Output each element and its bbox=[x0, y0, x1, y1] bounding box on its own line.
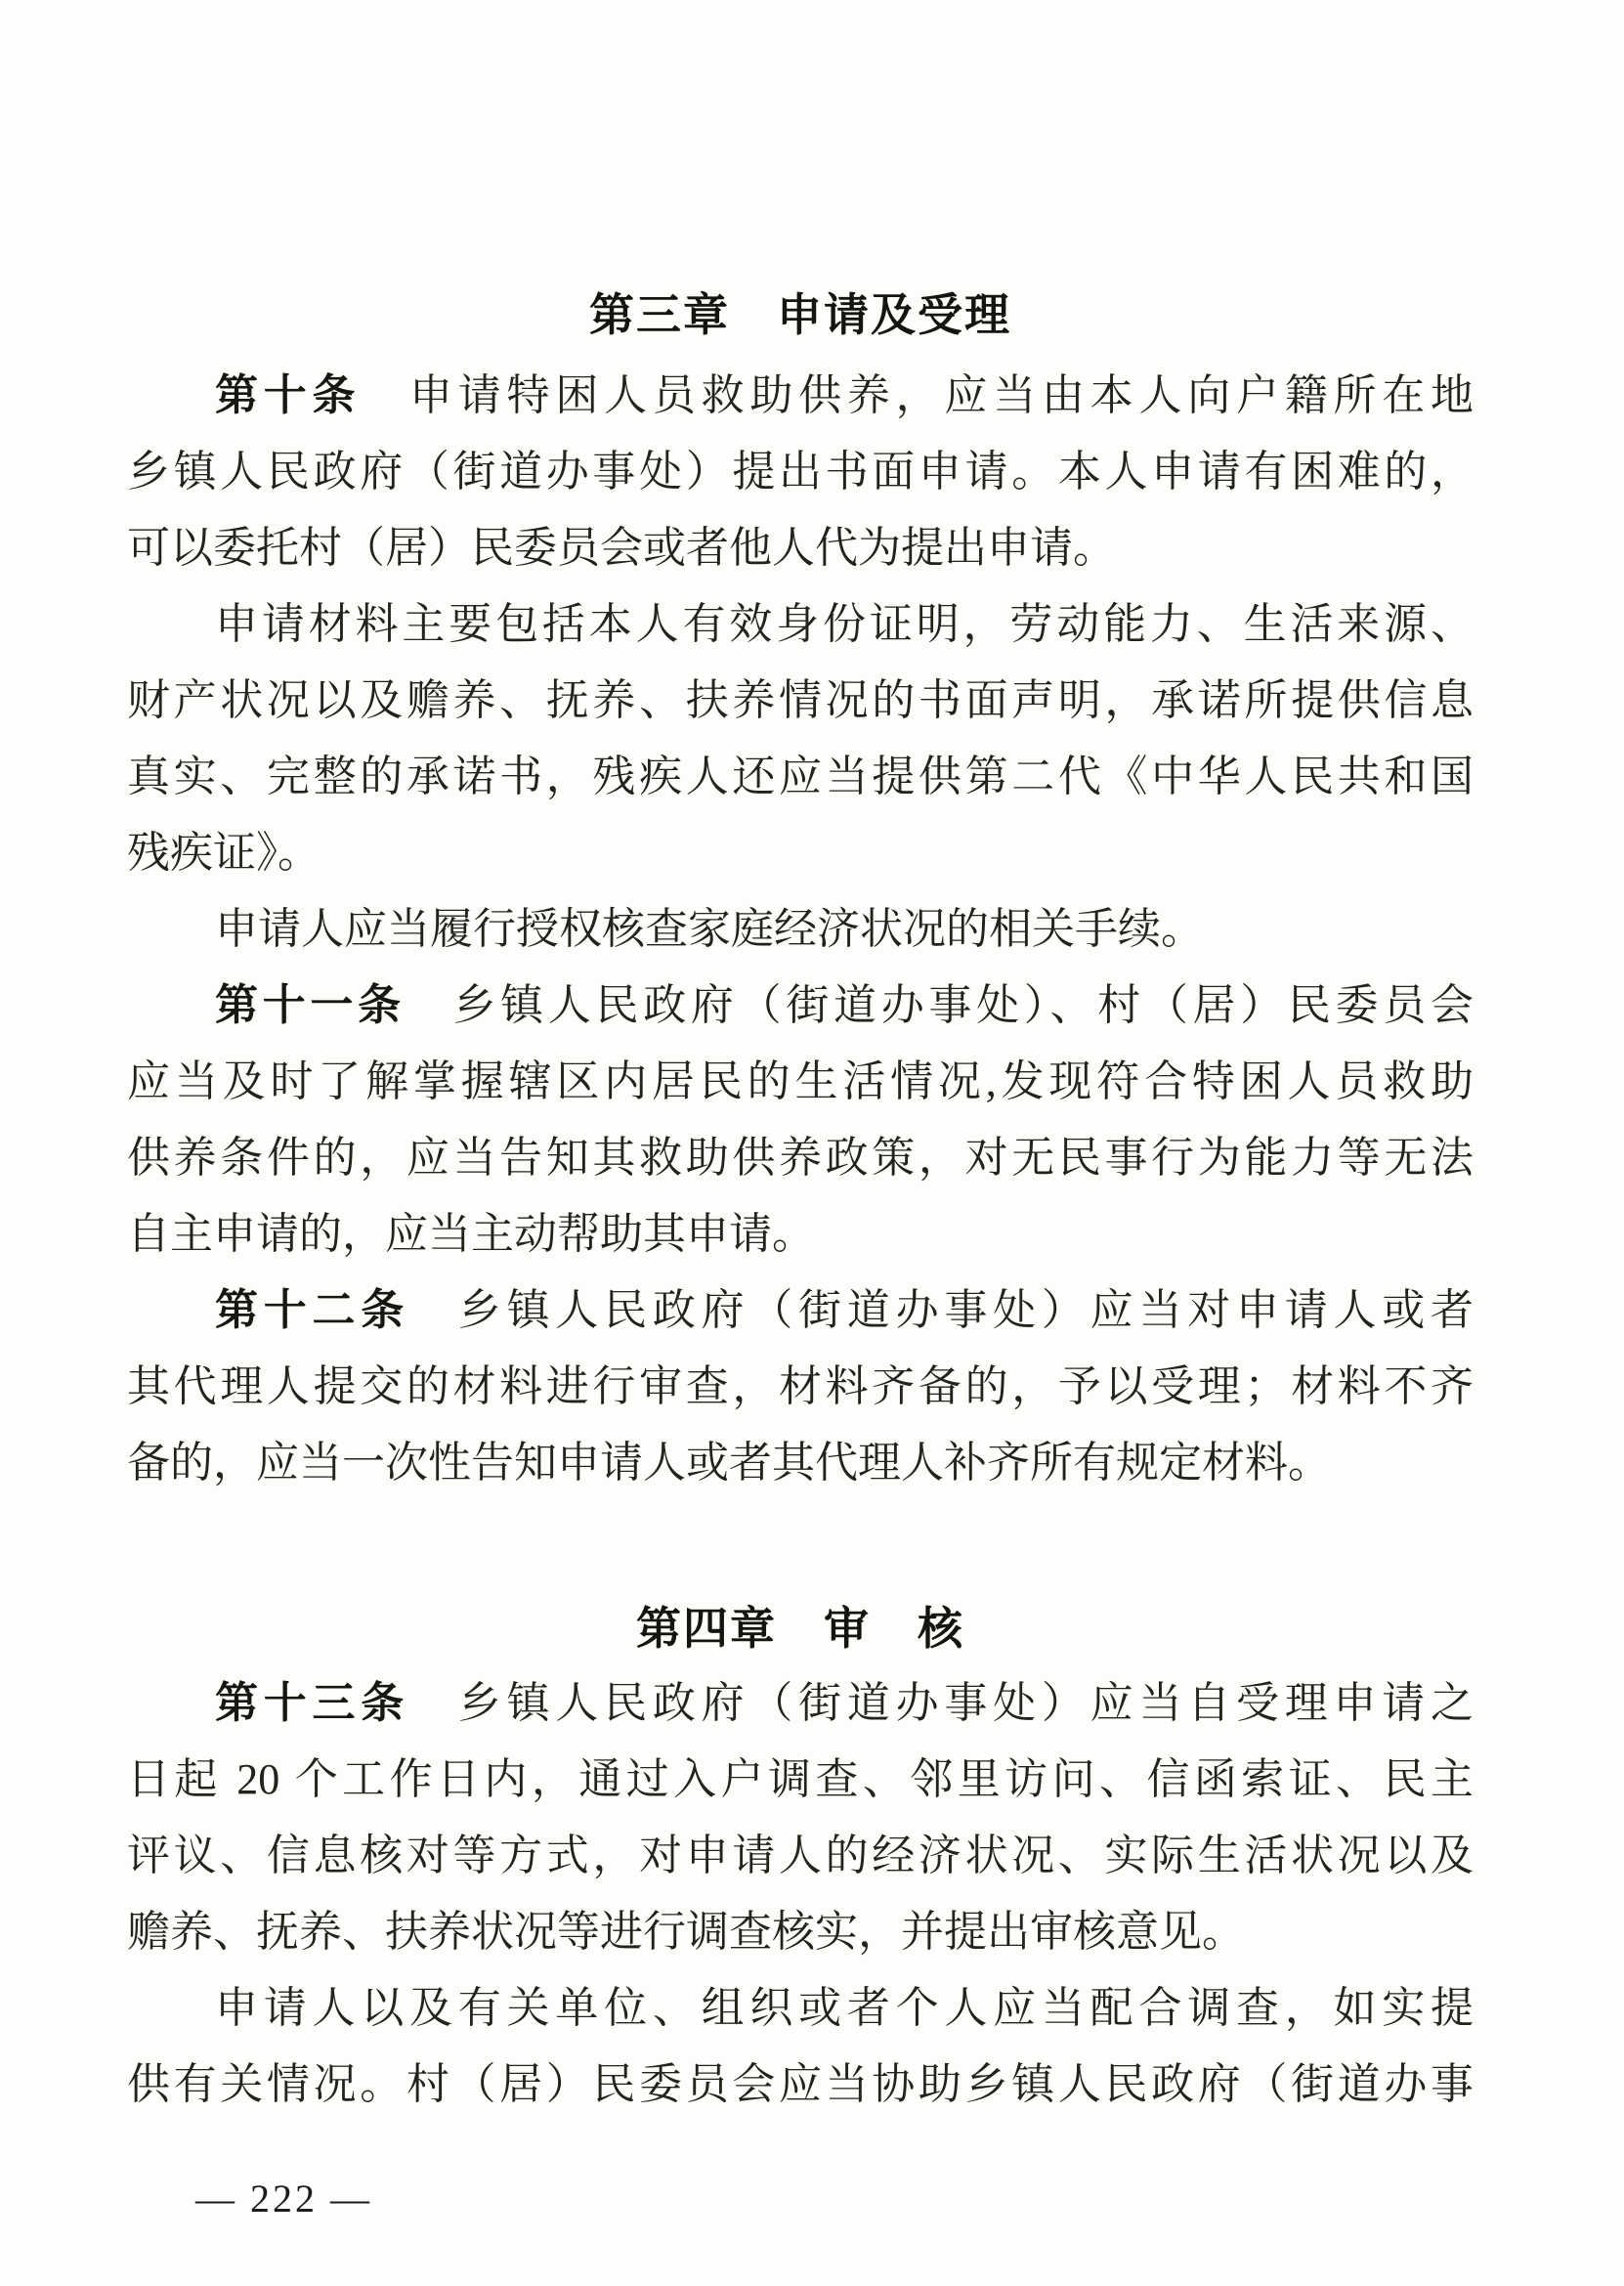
line-text: 其代理人提交的材料进行审查，材料齐备的，予以受理；材料不齐 bbox=[127, 1362, 1474, 1410]
line-text: 日起 20 个工作日内，通过入户调查、邻里访问、信函索证、民主 bbox=[127, 1755, 1474, 1803]
text-line: 赡养、抚养、扶养状况等进行调查核实，并提出审核意见。 bbox=[127, 1894, 1474, 1970]
line-text: 供养条件的，应当告知其救助供养政策，对无民事行为能力等无法 bbox=[127, 1134, 1474, 1182]
text-line: 评议、信息核对等方式，对申请人的经济状况、实际生活状况以及 bbox=[127, 1818, 1474, 1894]
line-text: 真实、完整的承诺书，残疾人还应当提供第二代《中华人民共和国 bbox=[127, 753, 1474, 800]
text-line: 申请材料主要包括本人有效身份证明，劳动能力、生活来源、 bbox=[127, 586, 1474, 663]
text-line: 第十三条 乡镇人民政府（街道办事处）应当自受理申请之 bbox=[127, 1665, 1474, 1742]
line-text: 残疾证》。 bbox=[127, 829, 321, 877]
text-line: 申请人应当履行授权核查家庭经济状况的相关手续。 bbox=[127, 891, 1474, 968]
chapter-heading-4: 第四章 审 核 bbox=[127, 1599, 1474, 1658]
line-text: 备的，应当一次性告知申请人或者其代理人补齐所有规定材料。 bbox=[127, 1439, 1331, 1487]
text-line: 乡镇人民政府（街道办事处）提出书面申请。本人申请有困难的， bbox=[127, 434, 1474, 510]
text-line: 日起 20 个工作日内，通过入户调查、邻里访问、信函索证、民主 bbox=[127, 1742, 1474, 1818]
text-line: 供养条件的，应当告知其救助供养政策，对无民事行为能力等无法 bbox=[127, 1120, 1474, 1196]
text-line: 备的，应当一次性告知申请人或者其代理人补齐所有规定材料。 bbox=[127, 1425, 1474, 1501]
article-number: 第十一条 bbox=[215, 981, 406, 1029]
page-number: — 222 — bbox=[195, 2176, 372, 2222]
line-text: 申请人以及有关单位、组织或者个人应当配合调查，如实提 bbox=[215, 1984, 1474, 2032]
line-text: 可以委托村（居）民委员会或者他人代为提出申请。 bbox=[127, 524, 1116, 572]
line-text: 乡镇人民政府（街道办事处）应当对申请人或者 bbox=[409, 1286, 1474, 1334]
text-line: 其代理人提交的材料进行审查，材料齐备的，予以受理；材料不齐 bbox=[127, 1349, 1474, 1425]
line-text: 乡镇人民政府（街道办事处）提出书面申请。本人申请有困难的， bbox=[127, 448, 1474, 496]
document-page: 第三章 申请及受理 第十条 申请特困人员救助供养，应当由本人向户籍所在地 乡镇人… bbox=[0, 0, 1624, 2286]
text-line: 可以委托村（居）民委员会或者他人代为提出申请。 bbox=[127, 510, 1474, 586]
chapter-heading-3: 第三章 申请及受理 bbox=[127, 285, 1474, 344]
line-text: 评议、信息核对等方式，对申请人的经济状况、实际生活状况以及 bbox=[127, 1832, 1474, 1879]
document-content: 第三章 申请及受理 第十条 申请特困人员救助供养，应当由本人向户籍所在地 乡镇人… bbox=[127, 0, 1474, 2123]
line-text: 申请特困人员救助供养，应当由本人向户籍所在地 bbox=[361, 371, 1474, 419]
line-text: 应当及时了解掌握辖区内居民的生活情况,发现符合特困人员救助 bbox=[127, 1057, 1474, 1105]
text-line: 申请人以及有关单位、组织或者个人应当配合调查，如实提 bbox=[127, 1970, 1474, 2047]
line-text: 申请材料主要包括本人有效身份证明，劳动能力、生活来源、 bbox=[215, 600, 1474, 648]
text-line: 真实、完整的承诺书，残疾人还应当提供第二代《中华人民共和国 bbox=[127, 739, 1474, 815]
text-line: 自主申请的，应当主动帮助其申请。 bbox=[127, 1196, 1474, 1272]
text-line: 第十二条 乡镇人民政府（街道办事处）应当对申请人或者 bbox=[127, 1272, 1474, 1349]
line-text: 乡镇人民政府（街道办事处）应当自受理申请之 bbox=[409, 1679, 1474, 1727]
line-text: 赡养、抚养、扶养状况等进行调查核实，并提出审核意见。 bbox=[127, 1908, 1245, 1956]
article-number: 第十条 bbox=[215, 371, 361, 419]
text-line: 财产状况以及赡养、抚养、扶养情况的书面声明，承诺所提供信息 bbox=[127, 663, 1474, 739]
line-text: 供有关情况。村（居）民委员会应当协助乡镇人民政府（街道办事 bbox=[127, 2060, 1474, 2108]
line-text: 乡镇人民政府（街道办事处）、村（居）民委员会 bbox=[406, 981, 1474, 1029]
text-line: 供有关情况。村（居）民委员会应当协助乡镇人民政府（街道办事 bbox=[127, 2047, 1474, 2123]
line-text: 自主申请的，应当主动帮助其申请。 bbox=[127, 1210, 815, 1258]
text-line: 第十条 申请特困人员救助供养，应当由本人向户籍所在地 bbox=[127, 358, 1474, 434]
text-line: 残疾证》。 bbox=[127, 815, 1474, 891]
line-text: 申请人应当履行授权核查家庭经济状况的相关手续。 bbox=[215, 905, 1204, 953]
line-text: 财产状况以及赡养、抚养、扶养情况的书面声明，承诺所提供信息 bbox=[127, 676, 1474, 724]
text-line: 应当及时了解掌握辖区内居民的生活情况,发现符合特困人员救助 bbox=[127, 1044, 1474, 1120]
article-number: 第十二条 bbox=[215, 1286, 409, 1334]
article-number: 第十三条 bbox=[215, 1679, 409, 1727]
text-line: 第十一条 乡镇人民政府（街道办事处）、村（居）民委员会 bbox=[127, 968, 1474, 1044]
